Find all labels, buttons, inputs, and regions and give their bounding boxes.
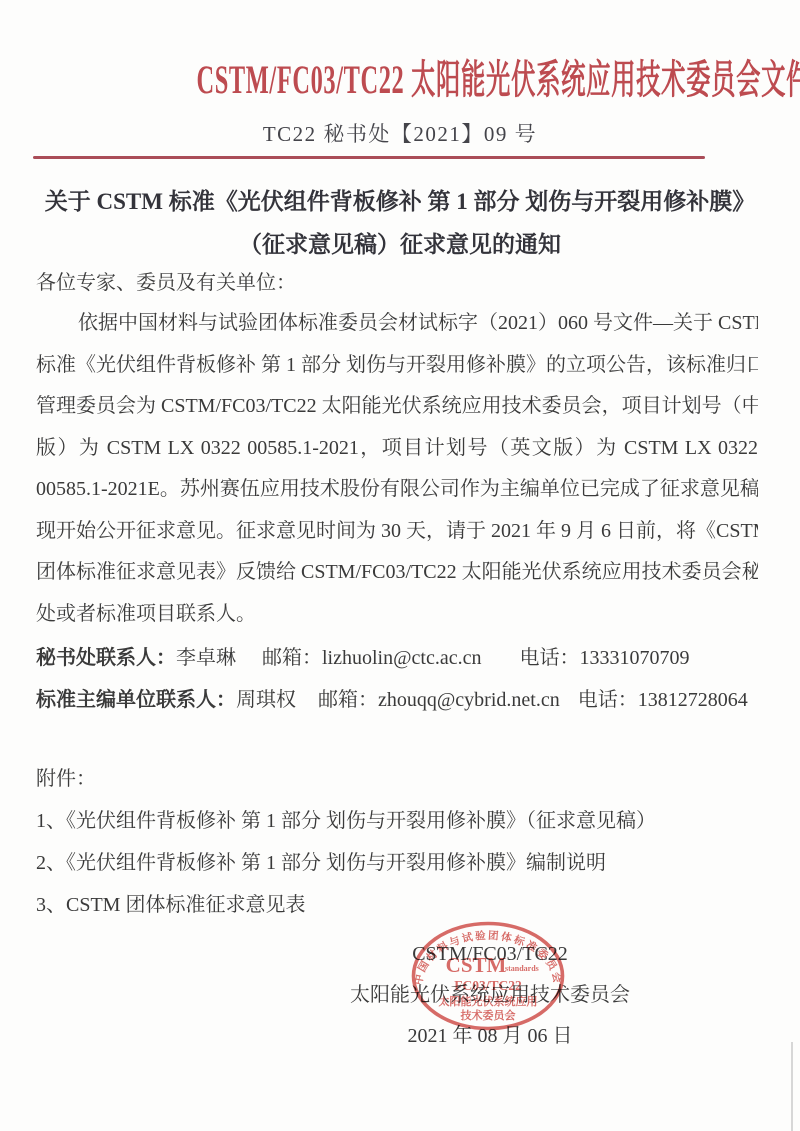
contact-name: 李卓琳	[176, 647, 236, 669]
body-paragraph: 依据中国材料与试验团体标准委员会材试标字（2021）060 号文件—关于 CST…	[36, 303, 758, 635]
attachment-item: 2、《光伏组件背板修补 第 1 部分 划伤与开裂用修补膜》编制说明	[36, 843, 758, 884]
contact-label: 标准主编单位联系人：	[36, 689, 236, 711]
contacts-section: 秘书处联系人：李卓琳邮箱：lizhuolin@ctc.ac.cn电话：13331…	[36, 638, 758, 721]
body-line: 00585.1-2021E。苏州赛伍应用技术股份有限公司作为主编单位已完成了征求…	[36, 469, 758, 511]
document-number: TC22 秘书处【2021】09 号	[0, 118, 800, 148]
notice-title-line2: （征求意见稿）征求意见的通知	[40, 223, 760, 266]
email-label: 邮箱：	[262, 647, 322, 669]
attachment-item: 1、《光伏组件背板修补 第 1 部分 划伤与开裂用修补膜》（征求意见稿）	[36, 801, 758, 842]
signature-committee-code: CSTM/FC03/TC22	[320, 934, 660, 975]
body-line: 团体标准征求意见表》反馈给 CSTM/FC03/TC22 太阳能光伏系统应用技术…	[36, 552, 758, 594]
notice-title: 关于 CSTM 标准《光伏组件背板修补 第 1 部分 划伤与开裂用修补膜》 （征…	[40, 180, 760, 266]
body-line: 管理委员会为 CSTM/FC03/TC22 太阳能光伏系统应用技术委员会，项目计…	[36, 386, 758, 428]
contact-phone: 13812728064	[638, 689, 748, 711]
letterhead-title: CSTM/FC03/TC22 太阳能光伏系统应用技术委员会文件	[0, 48, 800, 105]
body-line: 版）为 CSTM LX 0322 00585.1-2021，项目计划号（英文版）…	[36, 428, 758, 470]
body-line: 现开始公开征求意见。征求意见时间为 30 天，请于 2021 年 9 月 6 日…	[36, 511, 758, 553]
editor-contact-row: 标准主编单位联系人：周琪权邮箱：zhouqq@cybrid.net.cn电话：1…	[36, 680, 758, 722]
phone-label: 电话：	[519, 647, 579, 669]
signature-date: 2021 年 08 月 06 日	[320, 1016, 660, 1057]
body-line: 依据中国材料与试验团体标准委员会材试标字（2021）060 号文件—关于 CST…	[36, 303, 758, 345]
contact-phone: 13331070709	[579, 647, 689, 669]
signature-block: CSTM/FC03/TC22 太阳能光伏系统应用技术委员会 2021 年 08 …	[320, 934, 660, 1057]
phone-label: 电话：	[578, 689, 638, 711]
attachments-section: 附件： 1、《光伏组件背板修补 第 1 部分 划伤与开裂用修补膜》（征求意见稿）…	[36, 759, 758, 926]
body-line: 处或者标准项目联系人。	[36, 594, 758, 636]
secretariat-contact-row: 秘书处联系人：李卓琳邮箱：lizhuolin@ctc.ac.cn电话：13331…	[36, 638, 758, 680]
scan-edge-artifact	[791, 1042, 793, 1131]
contact-email: zhouqq@cybrid.net.cn	[378, 689, 560, 711]
document-page: CSTM/FC03/TC22 太阳能光伏系统应用技术委员会文件 TC22 秘书处…	[0, 0, 800, 1131]
contact-name: 周琪权	[236, 689, 296, 711]
letterhead-rule	[33, 156, 705, 159]
salutation: 各位专家、委员及有关单位：	[36, 268, 758, 298]
contact-label: 秘书处联系人：	[36, 647, 176, 669]
letterhead-title-text: CSTM/FC03/TC22 太阳能光伏系统应用技术委员会文件	[196, 48, 800, 105]
email-label: 邮箱：	[318, 689, 378, 711]
attachments-heading: 附件：	[36, 759, 758, 800]
attachment-item: 3、CSTM 团体标准征求意见表	[36, 885, 758, 926]
notice-title-line1: 关于 CSTM 标准《光伏组件背板修补 第 1 部分 划伤与开裂用修补膜》	[40, 180, 760, 223]
body-line: 标准《光伏组件背板修补 第 1 部分 划伤与开裂用修补膜》的立项公告，该标准归口	[36, 345, 758, 387]
signature-committee-name: 太阳能光伏系统应用技术委员会	[320, 975, 660, 1016]
contact-email: lizhuolin@ctc.ac.cn	[322, 647, 481, 669]
